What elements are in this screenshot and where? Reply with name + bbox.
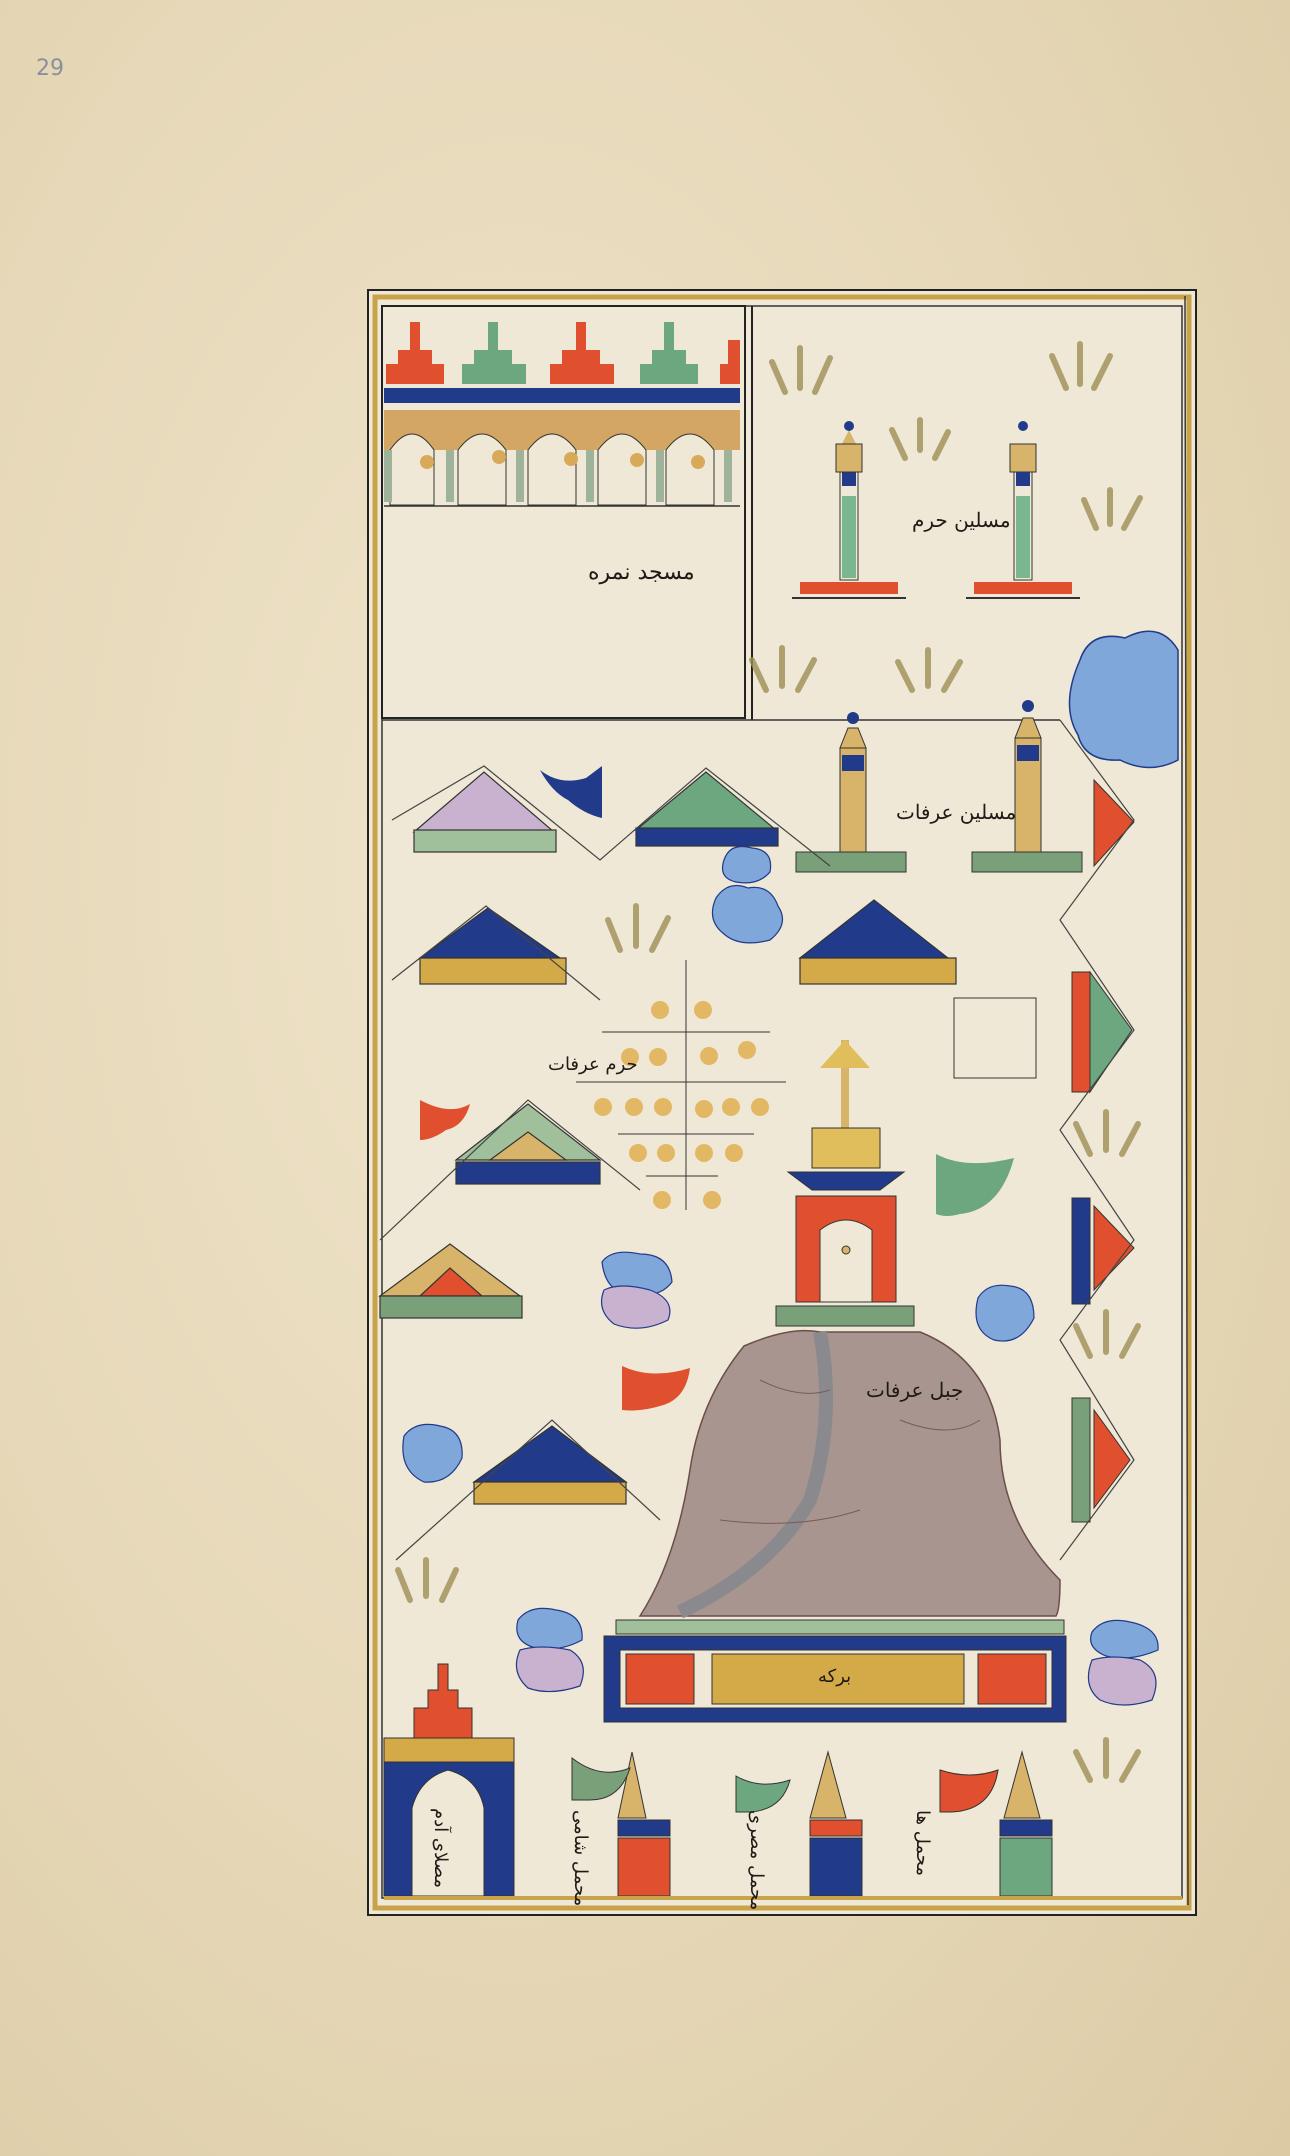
- label-mahmal-shami: محمل شامی: [570, 1810, 591, 1906]
- manuscript-page: 29: [0, 0, 1290, 2156]
- cloud-blue: [1069, 631, 1178, 767]
- label-jabal-arafat: جبل عرفات: [866, 1378, 963, 1402]
- label-musallin-arafat: مسلین عرفات: [896, 800, 1016, 824]
- label-birka: برکه: [818, 1666, 851, 1687]
- label-masjid-namira: مسجد نمره: [588, 560, 695, 585]
- illustration: [0, 0, 1290, 2156]
- label-mahmal-misri: محمل مصری: [746, 1810, 767, 1910]
- label-musallin-haram: مسلین حرم: [912, 508, 1011, 532]
- label-mahmal-other: محمل ها: [912, 1810, 933, 1876]
- label-haram-arafat: حرم عرفات: [548, 1054, 638, 1075]
- label-musalla-adam: مصلای آدم: [430, 1808, 451, 1888]
